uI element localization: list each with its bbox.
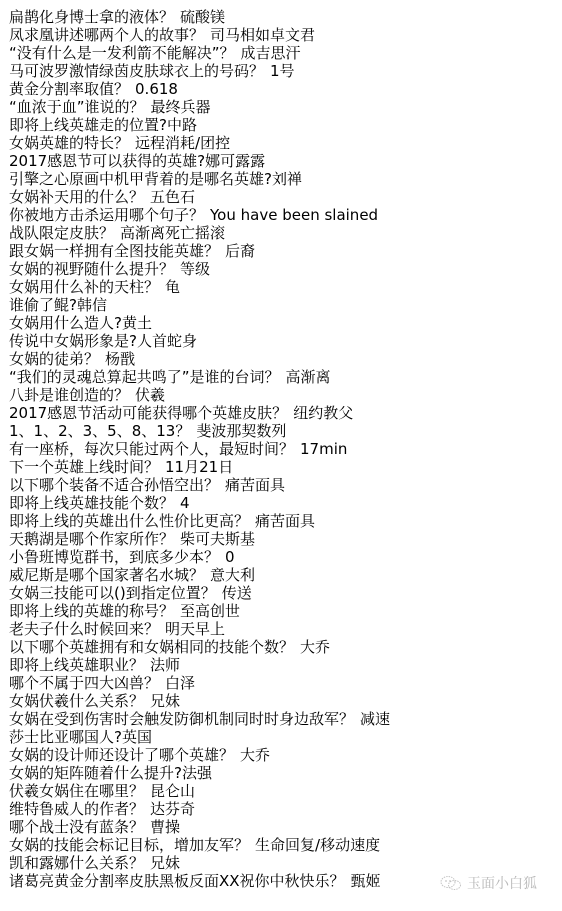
qa-item: 哪个战士没有蓝条？曹操 bbox=[9, 818, 390, 836]
answer-text: 中路 bbox=[167, 116, 197, 134]
question-text: 诸葛亮黄金分割率皮肤黑板反面XX祝你中秋快乐？ bbox=[9, 872, 345, 890]
answer-text: 0.618 bbox=[135, 80, 178, 98]
answer-text: 娜可露露 bbox=[205, 152, 265, 170]
answer-text: 甄姬 bbox=[351, 872, 381, 890]
qa-item: 女娲的徒弟？杨戬 bbox=[9, 350, 390, 368]
question-text: 跟女娲一样拥有全图技能英雄？ bbox=[9, 242, 219, 260]
question-text: 1、1、2、3、5、8、13？ bbox=[9, 422, 190, 440]
question-text: 凯和露娜什么关系？ bbox=[9, 854, 144, 872]
wechat-icon bbox=[440, 875, 462, 891]
qa-item: 女娲的技能会标记目标，增加友军？生命回复/移动速度 bbox=[9, 836, 390, 854]
question-text: 伏羲女娲住在哪里？ bbox=[9, 782, 144, 800]
question-text: 即将上线英雄走的位置? bbox=[9, 116, 167, 134]
question-text: 女娲的设计师还设计了哪个英雄？ bbox=[9, 746, 234, 764]
answer-text: 0 bbox=[225, 548, 235, 566]
question-text: 有一座桥，每次只能过两个人，最短时间？ bbox=[9, 440, 294, 458]
question-text: 以下哪个装备不适合孙悟空出？ bbox=[9, 476, 219, 494]
qa-item: 维特鲁威人的作者？达芬奇 bbox=[9, 800, 390, 818]
answer-text: 兄妹 bbox=[150, 692, 180, 710]
watermark: 玉面小白狐 bbox=[440, 873, 537, 893]
answer-text: 后裔 bbox=[225, 242, 255, 260]
qa-item: “没有什么是一发利箭不能解决”？成吉思汗 bbox=[9, 44, 390, 62]
qa-item: 女娲三技能可以()到指定位置？传送 bbox=[9, 584, 390, 602]
question-text: 引擎之心原画中机甲背着的是哪名英雄? bbox=[9, 170, 272, 188]
question-text: 女娲英雄的特长？ bbox=[9, 134, 129, 152]
answer-text: 达芬奇 bbox=[150, 800, 195, 818]
answer-text: 远程消耗/团控 bbox=[135, 134, 230, 152]
qa-item: 有一座桥，每次只能过两个人，最短时间？17min bbox=[9, 440, 390, 458]
answer-text: 11月21日 bbox=[165, 458, 233, 476]
answer-text: 黄土 bbox=[122, 314, 152, 332]
qa-item: 伏羲女娲住在哪里？昆仑山 bbox=[9, 782, 390, 800]
answer-text: 高渐离 bbox=[286, 368, 331, 386]
qa-item: 跟女娲一样拥有全图技能英雄？后裔 bbox=[9, 242, 390, 260]
answer-text: 硫酸镁 bbox=[180, 8, 225, 26]
answer-text: 明天早上 bbox=[165, 620, 225, 638]
answer-text: 生命回复/移动速度 bbox=[255, 836, 380, 854]
answer-text: 17min bbox=[300, 440, 347, 458]
qa-item: 凯和露娜什么关系？兄妹 bbox=[9, 854, 390, 872]
answer-text: 高渐离死亡摇滚 bbox=[120, 224, 225, 242]
answer-text: 法强 bbox=[182, 764, 212, 782]
qa-item: 天鹅湖是哪个作家所作？柴可夫斯基 bbox=[9, 530, 390, 548]
answer-text: 4 bbox=[180, 494, 190, 512]
answer-text: 龟 bbox=[165, 278, 180, 296]
answer-text: 杨戬 bbox=[105, 350, 135, 368]
question-text: 女娲伏羲什么关系？ bbox=[9, 692, 144, 710]
answer-text: 纽约教父 bbox=[293, 404, 353, 422]
qa-item: 扁鹊化身博士拿的液体？硫酸镁 bbox=[9, 8, 390, 26]
answer-text: 传送 bbox=[222, 584, 252, 602]
qa-item: “我们的灵魂总算起共鸣了”是谁的台词？高渐离 bbox=[9, 368, 390, 386]
question-text: 传说中女娲形象是? bbox=[9, 332, 137, 350]
qa-item: 即将上线的英雄的称号？至高创世 bbox=[9, 602, 390, 620]
qa-item: 2017感恩节活动可能获得哪个英雄皮肤？纽约教父 bbox=[9, 404, 390, 422]
qa-item: 女娲英雄的特长？远程消耗/团控 bbox=[9, 134, 390, 152]
answer-text: 五色石 bbox=[150, 188, 195, 206]
question-text: 八卦是谁创造的？ bbox=[9, 386, 129, 404]
question-text: 女娲用什么造人? bbox=[9, 314, 122, 332]
question-text: 战队限定皮肤？ bbox=[9, 224, 114, 242]
question-text: 下一个英雄上线时间？ bbox=[9, 458, 159, 476]
answer-text: 韩信 bbox=[77, 296, 107, 314]
answer-text: 白泽 bbox=[165, 674, 195, 692]
question-text: 莎士比亚哪国人? bbox=[9, 728, 122, 746]
answer-text: 司马相如卓文君 bbox=[210, 26, 315, 44]
qa-item: 威尼斯是哪个国家著名水城？意大利 bbox=[9, 566, 390, 584]
question-text: 哪个战士没有蓝条？ bbox=[9, 818, 144, 836]
qa-item: 凤求凰讲述哪两个人的故事？司马相如卓文君 bbox=[9, 26, 390, 44]
qa-item: 诸葛亮黄金分割率皮肤黑板反面XX祝你中秋快乐？甄姬 bbox=[9, 872, 390, 890]
qa-item: 莎士比亚哪国人?英国 bbox=[9, 728, 390, 746]
question-text: 女娲的技能会标记目标，增加友军？ bbox=[9, 836, 249, 854]
question-text: 哪个不属于四大凶兽？ bbox=[9, 674, 159, 692]
question-text: 女娲的矩阵随着什么提升? bbox=[9, 764, 182, 782]
question-text: 2017感恩节可以获得的英雄? bbox=[9, 152, 205, 170]
question-text: 你被地方击杀运用哪个句子？ bbox=[9, 206, 204, 224]
qa-item: 你被地方击杀运用哪个句子？You have been slained bbox=[9, 206, 390, 224]
question-text: 黄金分割率取值？ bbox=[9, 80, 129, 98]
qa-item: 八卦是谁创造的？伏羲 bbox=[9, 386, 390, 404]
answer-text: 法师 bbox=[150, 656, 180, 674]
question-text: 老夫子什么时候回来？ bbox=[9, 620, 159, 638]
answer-text: 兄妹 bbox=[150, 854, 180, 872]
question-text: 维特鲁威人的作者？ bbox=[9, 800, 144, 818]
question-text: 天鹅湖是哪个作家所作？ bbox=[9, 530, 174, 548]
answer-text: 意大利 bbox=[210, 566, 255, 584]
qa-item: 小鲁班博览群书，到底多少本？0 bbox=[9, 548, 390, 566]
question-text: 谁偷了鲲? bbox=[9, 296, 77, 314]
answer-text: 减速 bbox=[360, 710, 390, 728]
qa-item: 1、1、2、3、5、8、13？斐波那契数列 bbox=[9, 422, 390, 440]
question-text: 即将上线英雄技能个数？ bbox=[9, 494, 174, 512]
question-text: 马可波罗激情绿茵皮肤球衣上的号码？ bbox=[9, 62, 264, 80]
qa-item: 即将上线英雄职业？法师 bbox=[9, 656, 390, 674]
question-text: 女娲用什么补的天柱？ bbox=[9, 278, 159, 296]
watermark-text: 玉面小白狐 bbox=[467, 873, 537, 893]
qa-item: 哪个不属于四大凶兽？白泽 bbox=[9, 674, 390, 692]
qa-item: 女娲的矩阵随着什么提升?法强 bbox=[9, 764, 390, 782]
qa-item: 谁偷了鲲?韩信 bbox=[9, 296, 390, 314]
question-text: 女娲的视野随什么提升？ bbox=[9, 260, 174, 278]
question-text: 女娲三技能可以()到指定位置？ bbox=[9, 584, 216, 602]
qa-item: “血浓于血”谁说的？最终兵器 bbox=[9, 98, 390, 116]
question-text: “我们的灵魂总算起共鸣了”是谁的台词？ bbox=[9, 368, 280, 386]
answer-text: 柴可夫斯基 bbox=[180, 530, 255, 548]
answer-text: 斐波那契数列 bbox=[196, 422, 286, 440]
question-text: 即将上线的英雄的称号？ bbox=[9, 602, 174, 620]
question-text: 凤求凰讲述哪两个人的故事？ bbox=[9, 26, 204, 44]
answer-text: 大乔 bbox=[300, 638, 330, 656]
question-text: 女娲在受到伤害时会触发防御机制同时时身边敌军？ bbox=[9, 710, 354, 728]
answer-text: 昆仑山 bbox=[150, 782, 195, 800]
answer-text: 成吉思汗 bbox=[241, 44, 301, 62]
qa-list: 扁鹊化身博士拿的液体？硫酸镁凤求凰讲述哪两个人的故事？司马相如卓文君“没有什么是… bbox=[9, 8, 390, 890]
question-text: “血浓于血”谁说的？ bbox=[9, 98, 145, 116]
qa-item: 马可波罗激情绿茵皮肤球衣上的号码？1号 bbox=[9, 62, 390, 80]
answer-text: 刘禅 bbox=[272, 170, 302, 188]
qa-item: 女娲伏羲什么关系？兄妹 bbox=[9, 692, 390, 710]
question-text: 扁鹊化身博士拿的液体？ bbox=[9, 8, 174, 26]
question-text: 威尼斯是哪个国家著名水城？ bbox=[9, 566, 204, 584]
qa-item: 以下哪个装备不适合孙悟空出？痛苦面具 bbox=[9, 476, 390, 494]
qa-item: 老夫子什么时候回来？明天早上 bbox=[9, 620, 390, 638]
answer-text: 1号 bbox=[270, 62, 295, 80]
answer-text: 痛苦面具 bbox=[225, 476, 285, 494]
answer-text: 大乔 bbox=[240, 746, 270, 764]
answer-text: 人首蛇身 bbox=[137, 332, 197, 350]
question-text: 2017感恩节活动可能获得哪个英雄皮肤？ bbox=[9, 404, 287, 422]
answer-text: 痛苦面具 bbox=[255, 512, 315, 530]
question-text: “没有什么是一发利箭不能解决”？ bbox=[9, 44, 235, 62]
question-text: 女娲的徒弟？ bbox=[9, 350, 99, 368]
qa-item: 即将上线英雄技能个数？4 bbox=[9, 494, 390, 512]
qa-item: 下一个英雄上线时间？11月21日 bbox=[9, 458, 390, 476]
qa-item: 以下哪个英雄拥有和女娲相同的技能个数？大乔 bbox=[9, 638, 390, 656]
answer-text: 伏羲 bbox=[135, 386, 165, 404]
question-text: 即将上线的英雄出什么性价比更高？ bbox=[9, 512, 249, 530]
qa-item: 即将上线的英雄出什么性价比更高？痛苦面具 bbox=[9, 512, 390, 530]
answer-text: 至高创世 bbox=[180, 602, 240, 620]
qa-item: 传说中女娲形象是?人首蛇身 bbox=[9, 332, 390, 350]
answer-text: 曹操 bbox=[150, 818, 180, 836]
qa-item: 黄金分割率取值？0.618 bbox=[9, 80, 390, 98]
question-text: 即将上线英雄职业？ bbox=[9, 656, 144, 674]
question-text: 女娲补天用的什么？ bbox=[9, 188, 144, 206]
qa-item: 女娲补天用的什么？五色石 bbox=[9, 188, 390, 206]
qa-item: 女娲用什么造人?黄土 bbox=[9, 314, 390, 332]
qa-item: 女娲的设计师还设计了哪个英雄？大乔 bbox=[9, 746, 390, 764]
qa-item: 女娲用什么补的天柱？龟 bbox=[9, 278, 390, 296]
qa-item: 女娲的视野随什么提升？等级 bbox=[9, 260, 390, 278]
answer-text: 等级 bbox=[180, 260, 210, 278]
question-text: 小鲁班博览群书，到底多少本？ bbox=[9, 548, 219, 566]
qa-item: 即将上线英雄走的位置?中路 bbox=[9, 116, 390, 134]
qa-item: 2017感恩节可以获得的英雄?娜可露露 bbox=[9, 152, 390, 170]
answer-text: 英国 bbox=[122, 728, 152, 746]
qa-item: 战队限定皮肤？高渐离死亡摇滚 bbox=[9, 224, 390, 242]
answer-text: 最终兵器 bbox=[151, 98, 211, 116]
qa-item: 引擎之心原画中机甲背着的是哪名英雄?刘禅 bbox=[9, 170, 390, 188]
question-text: 以下哪个英雄拥有和女娲相同的技能个数？ bbox=[9, 638, 294, 656]
qa-item: 女娲在受到伤害时会触发防御机制同时时身边敌军？减速 bbox=[9, 710, 390, 728]
answer-text: You have been slained bbox=[210, 206, 378, 224]
